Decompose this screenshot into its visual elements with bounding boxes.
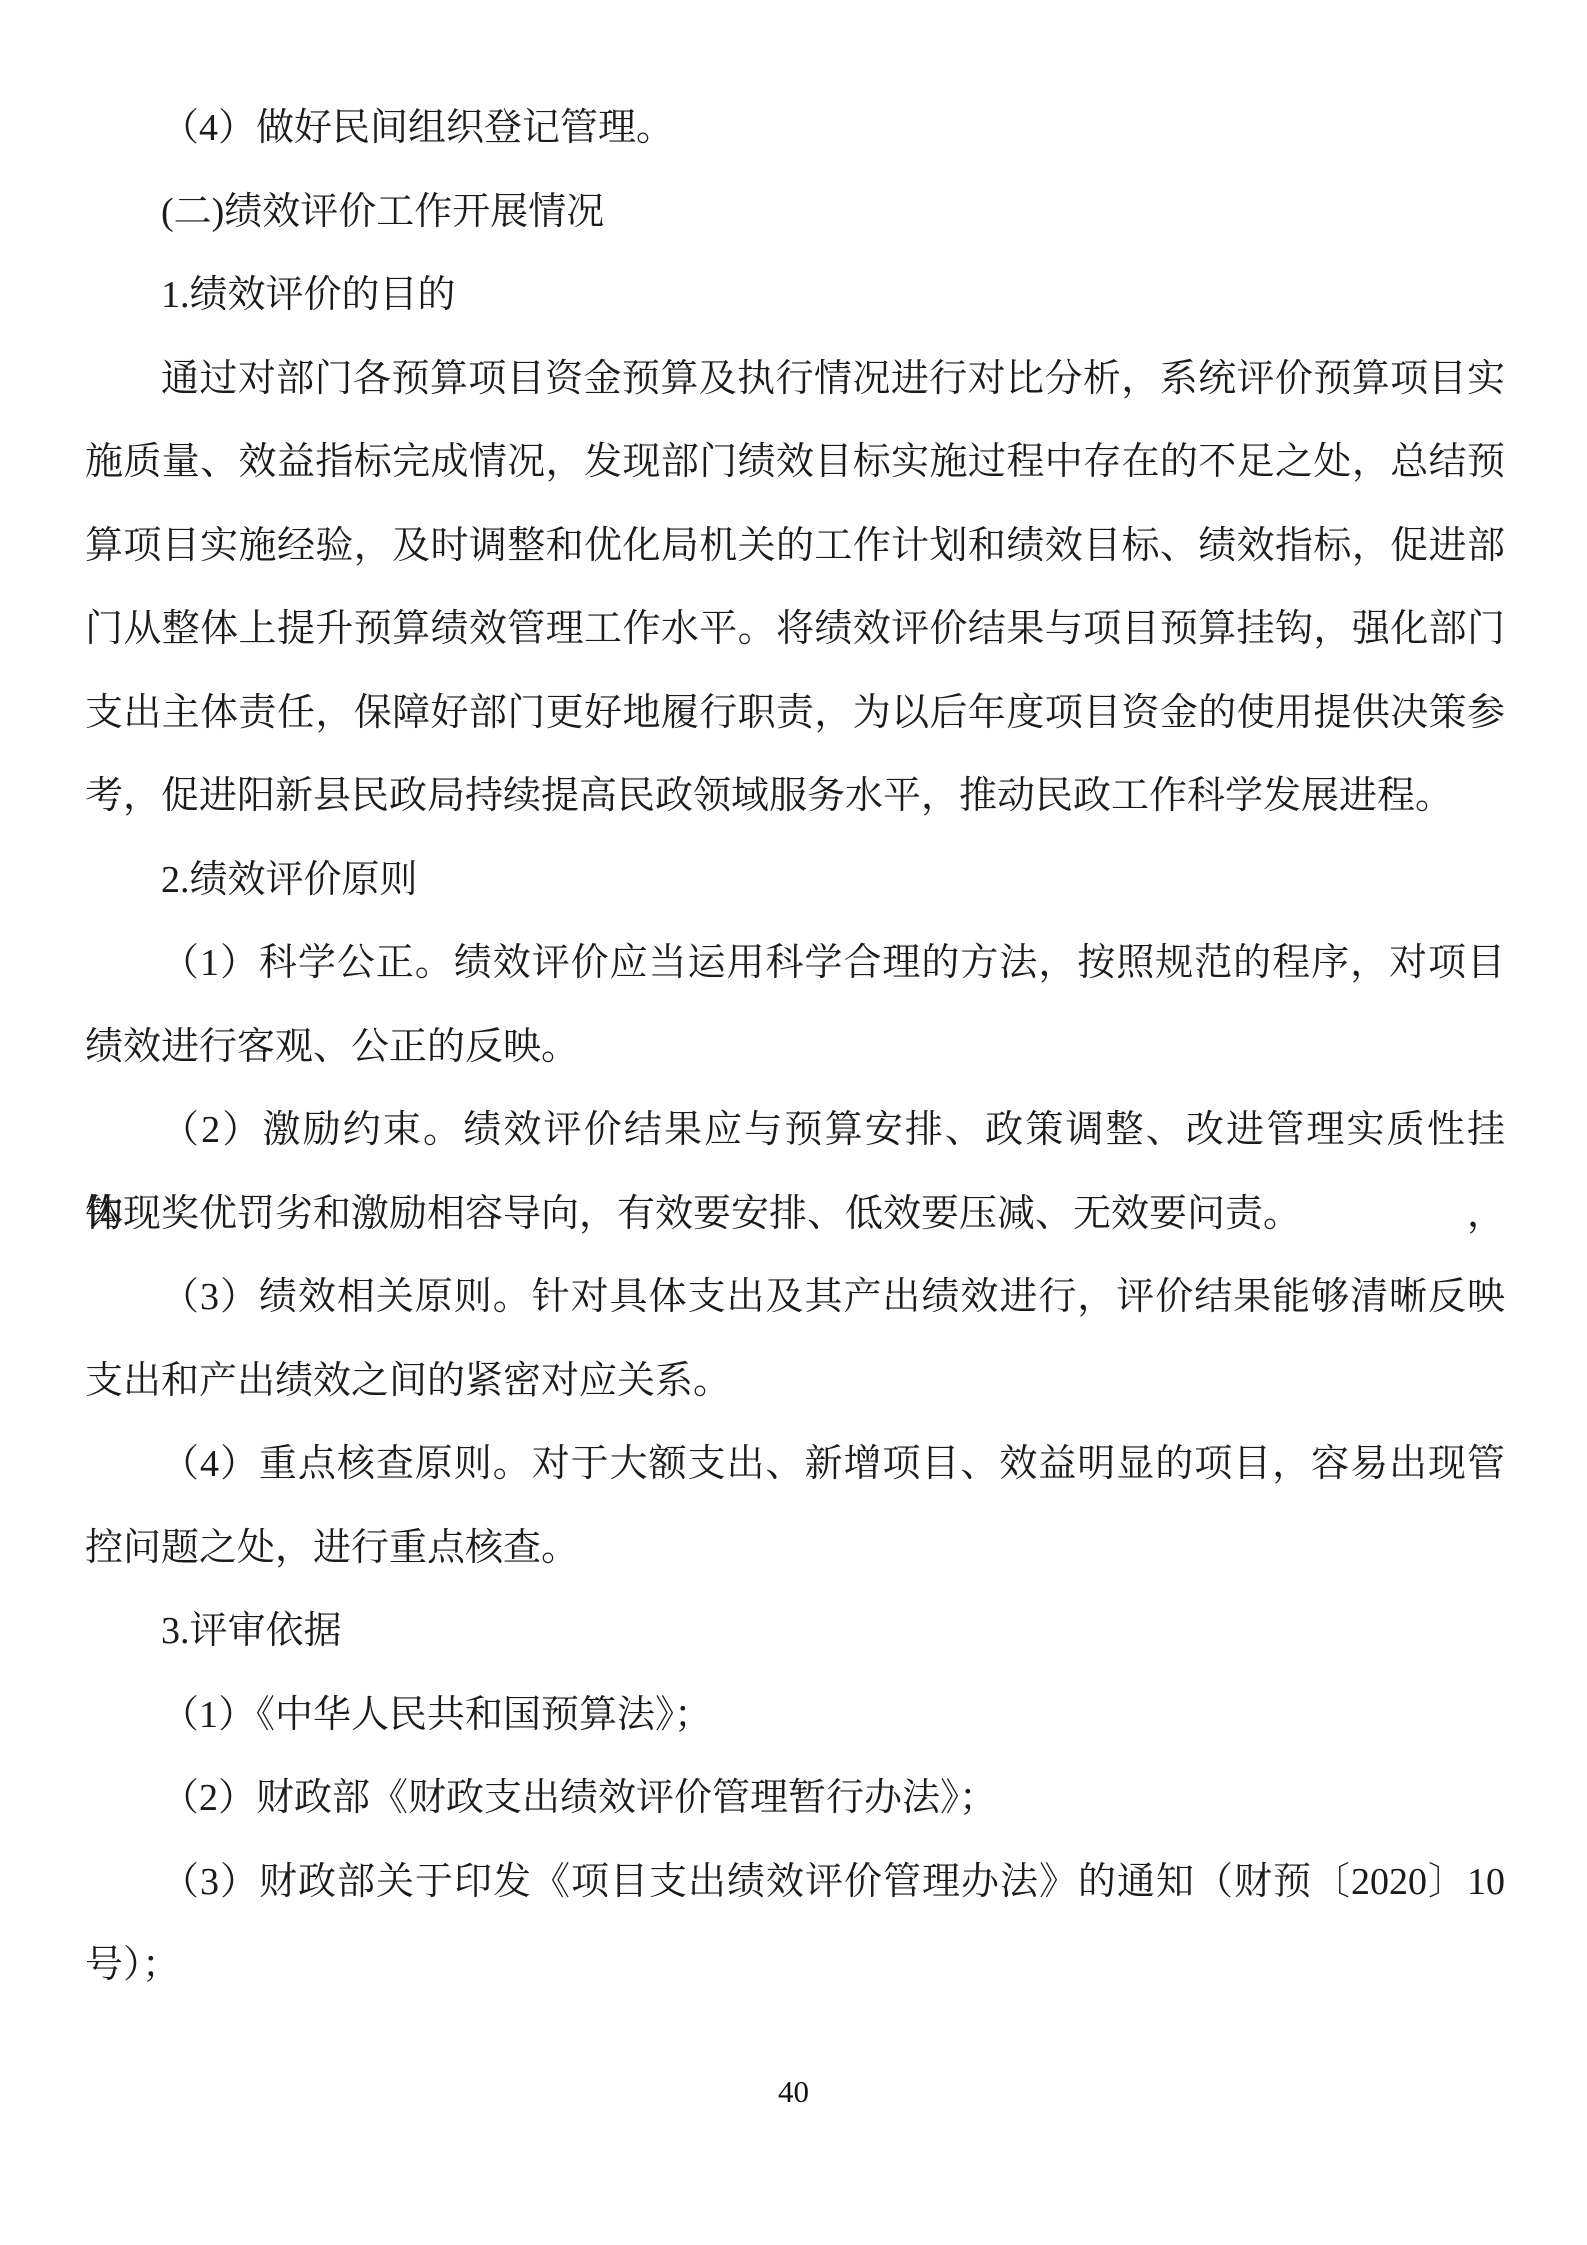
- text-line: （2）激励约束。绩效评价结果应与预算安排、政策调整、改进管理实质性挂钩，: [85, 1089, 1505, 1173]
- text-line: （3）财政部关于印发《项目支出绩效评价管理办法》的通知（财预〔2020〕10: [85, 1841, 1505, 1925]
- subsection-heading: 2.绩效评价原则: [85, 839, 1505, 923]
- text-line: 施质量、效益指标完成情况，发现部门绩效目标实施过程中存在的不足之处，总结预: [85, 421, 1505, 505]
- text-line: （4）重点核查原则。对于大额支出、新增项目、效益明显的项目，容易出现管: [85, 1423, 1505, 1507]
- text-line: 号）；: [85, 1924, 1505, 2008]
- text-line: 控问题之处，进行重点核查。: [85, 1507, 1505, 1591]
- document-page: （4）做好民间组织登记管理。 (二)绩效评价工作开展情况 1.绩效评价的目的 通…: [0, 0, 1587, 2245]
- text-line: 绩效进行客观、公正的反映。: [85, 1006, 1505, 1090]
- text-line: （1）《中华人民共和国预算法》；: [85, 1674, 1505, 1758]
- text-line: （4）做好民间组织登记管理。: [85, 87, 1505, 171]
- page-number: 40: [0, 2072, 1587, 2112]
- text-line: 算项目实施经验，及时调整和优化局机关的工作计划和绩效目标、绩效指标，促进部: [85, 505, 1505, 589]
- section-heading: (二)绩效评价工作开展情况: [85, 171, 1505, 255]
- text-line: 通过对部门各预算项目资金预算及执行情况进行对比分析，系统评价预算项目实: [85, 338, 1505, 422]
- text-line: 支出主体责任，保障好部门更好地履行职责，为以后年度项目资金的使用提供决策参: [85, 672, 1505, 756]
- text-line: 门从整体上提升预算绩效管理工作水平。将绩效评价结果与项目预算挂钩，强化部门: [85, 588, 1505, 672]
- text-line: （3）绩效相关原则。针对具体支出及其产出绩效进行，评价结果能够清晰反映: [85, 1256, 1505, 1340]
- text-line: （1）科学公正。绩效评价应当运用科学合理的方法，按照规范的程序，对项目: [85, 922, 1505, 1006]
- text-line: （2）财政部《财政支出绩效评价管理暂行办法》；: [85, 1757, 1505, 1841]
- text-line: 体现奖优罚劣和激励相容导向，有效要安排、低效要压减、无效要问责。: [85, 1173, 1505, 1257]
- subsection-heading: 3.评审依据: [85, 1590, 1505, 1674]
- text-line: 支出和产出绩效之间的紧密对应关系。: [85, 1340, 1505, 1424]
- text-line: 考，促进阳新县民政局持续提高民政领域服务水平，推动民政工作科学发展进程。: [85, 755, 1505, 839]
- subsection-heading: 1.绩效评价的目的: [85, 254, 1505, 338]
- document-body: （4）做好民间组织登记管理。 (二)绩效评价工作开展情况 1.绩效评价的目的 通…: [85, 87, 1505, 2008]
